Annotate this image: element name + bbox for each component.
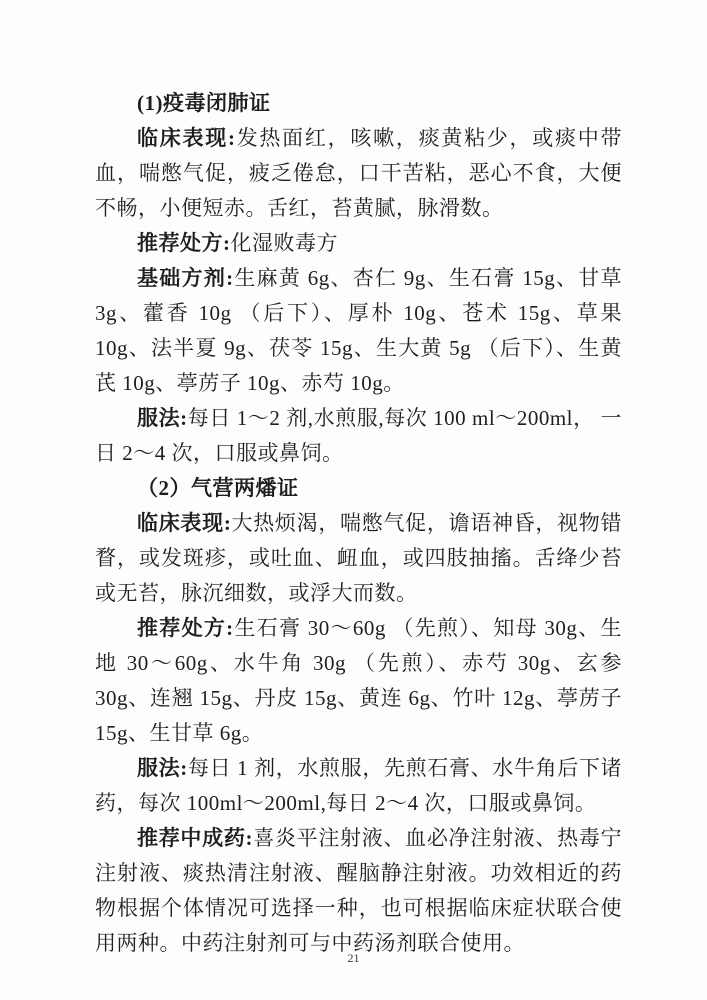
heading-text: (1)疫毒闭肺证 xyxy=(137,91,271,115)
paragraph: 基础方剂:生麻黄 6g、杏仁 9g、生石膏 15g、甘草 3g、藿香 10g （… xyxy=(95,261,622,401)
heading-text: （2）气营两燔证 xyxy=(137,476,299,500)
paragraph-label: 推荐中成药: xyxy=(137,826,253,850)
paragraph-label: 临床表现: xyxy=(137,126,235,150)
paragraph: 服法:每日 1 剂，水煎服，先煎石膏、水牛角后下诸药，每次 100ml～200m… xyxy=(95,751,622,821)
paragraph-label: 服法: xyxy=(137,756,188,780)
section-heading: (1)疫毒闭肺证 xyxy=(95,86,622,121)
document-body: (1)疫毒闭肺证临床表现:发热面红，咳嗽，痰黄粘少，或痰中带血，喘憋气促，疲乏倦… xyxy=(95,86,622,961)
paragraph: 临床表现:发热面红，咳嗽，痰黄粘少，或痰中带血，喘憋气促，疲乏倦怠，口干苦粘，恶… xyxy=(95,121,622,226)
paragraph-label: 临床表现: xyxy=(137,511,231,535)
paragraph: 推荐处方:生石膏 30～60g （先煎）、知母 30g、生地 30～60g、水牛… xyxy=(95,611,622,751)
paragraph: 服法:每日 1～2 剂,水煎服,每次 100 ml～200ml， 一日 2～4 … xyxy=(95,401,622,471)
paragraph-text: 化湿败毒方 xyxy=(231,231,339,255)
paragraph-label: 基础方剂: xyxy=(137,266,234,290)
section-heading: （2）气营两燔证 xyxy=(95,471,622,506)
paragraph: 推荐中成药:喜炎平注射液、血必净注射液、热毒宁注射液、痰热清注射液、醒脑静注射液… xyxy=(95,821,622,961)
paragraph-label: 推荐处方: xyxy=(137,231,231,255)
paragraph-label: 服法: xyxy=(137,406,188,430)
document-page: (1)疫毒闭肺证临床表现:发热面红，咳嗽，痰黄粘少，或痰中带血，喘憋气促，疲乏倦… xyxy=(0,0,707,1000)
page-number: 21 xyxy=(0,951,707,966)
paragraph-label: 推荐处方: xyxy=(137,616,234,640)
paragraph: 临床表现:大热烦渴，喘憋气促，谵语神昏，视物错瞀，或发斑疹，或吐血、衄血，或四肢… xyxy=(95,506,622,611)
paragraph: 推荐处方:化湿败毒方 xyxy=(95,226,622,261)
